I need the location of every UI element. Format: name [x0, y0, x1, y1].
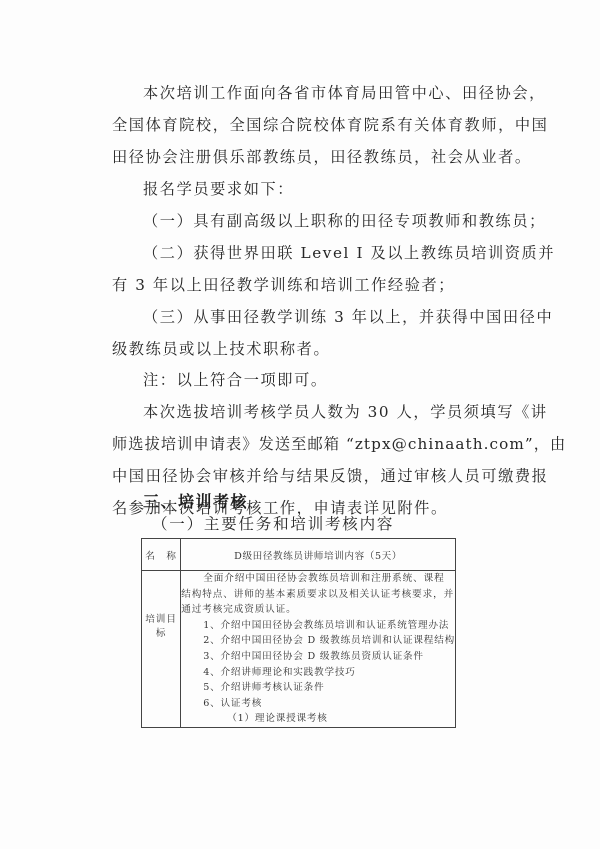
- section-heading: 三、培训考核: [143, 489, 248, 512]
- table-row-label-cell: 培训目标: [142, 571, 181, 728]
- requirement-2-line-1: （二）获得世界田联 Level Ⅰ 及以上教练员培训资质并: [143, 242, 555, 263]
- training-goal-content: 全面介绍中国田径协会教练员培训和注册系统、课程结构特点、讲师的基本素质要求以及相…: [181, 571, 456, 728]
- training-goal-item: 5、介绍讲师考核认证条件: [181, 680, 455, 696]
- requirement-1: （一）具有副高级以上职称的田径专项教师和教练员；: [143, 210, 546, 231]
- table-header-label: 名 称: [142, 539, 181, 571]
- training-goal-item: 3、介绍中国田径协会 D 级教练员资质认证条件: [181, 649, 455, 665]
- paragraph-audience-line-3: 田径协会注册俱乐部教练员，田径教练员，社会从业者。: [112, 146, 532, 167]
- table-row-training-goal: 培训目标 全面介绍中国田径协会教练员培训和注册系统、课程结构特点、讲师的基本素质…: [142, 571, 456, 728]
- requirement-3-line-1: （三）从事田径教学训练 3 年以上，并获得中国田径中: [143, 306, 553, 327]
- note-text: 注：以上符合一项即可。: [143, 369, 328, 390]
- training-content-table: 名 称 D级田径教练员讲师培训内容（5天） 培训目标 全面介绍中国田径协会教练员…: [141, 538, 456, 728]
- table-header-row: 名 称 D级田径教练员讲师培训内容（5天）: [142, 539, 456, 571]
- training-goal-subitem: （1）理论课授课考核: [181, 711, 455, 727]
- paragraph-enrollment-line-2: 师选拔培训申请表》发送至邮箱 “ztpx@chinaath.com”，由: [112, 433, 566, 454]
- training-goal-item: 2、介绍中国田径协会 D 级教练员培训和认证课程结构: [181, 633, 455, 649]
- requirement-2-line-2: 有 3 年以上田径教学训练和培训工作经验者；: [112, 274, 455, 295]
- paragraph-audience-line-2: 全国体育院校，全国综合院校体育院系有关体育教师，中国: [112, 114, 548, 135]
- subsection-heading: （一）主要任务和培训考核内容: [152, 512, 394, 534]
- training-goal-item: 4、介绍讲师理论和实践教学技巧: [181, 665, 455, 681]
- paragraph-enrollment-line-3: 中国田径协会审核并给与结果反馈，通过审核人员可缴费报: [112, 465, 548, 486]
- paragraph-enrollment-line-1: 本次选拔培训考核学员人数为 30 人，学员须填写《讲: [143, 401, 548, 422]
- requirement-3-line-2: 级教练员或以上技术职称者。: [112, 338, 330, 359]
- training-goal-item: 6、认证考核: [181, 696, 455, 712]
- requirements-intro: 报名学员要求如下：: [143, 178, 294, 199]
- training-goal-item: 1、介绍中国田径协会教练员培训和认证系统管理办法: [181, 618, 455, 634]
- training-goal-intro: 全面介绍中国田径协会教练员培训和注册系统、课程结构特点、讲师的基本素质要求以及相…: [181, 571, 455, 618]
- training-goal-label: 培训目标: [142, 611, 180, 639]
- table-header-content: D级田径教练员讲师培训内容（5天）: [181, 539, 456, 571]
- paragraph-audience-line-1: 本次培训工作面向各省市体育局田管中心、田径协会，: [143, 82, 546, 103]
